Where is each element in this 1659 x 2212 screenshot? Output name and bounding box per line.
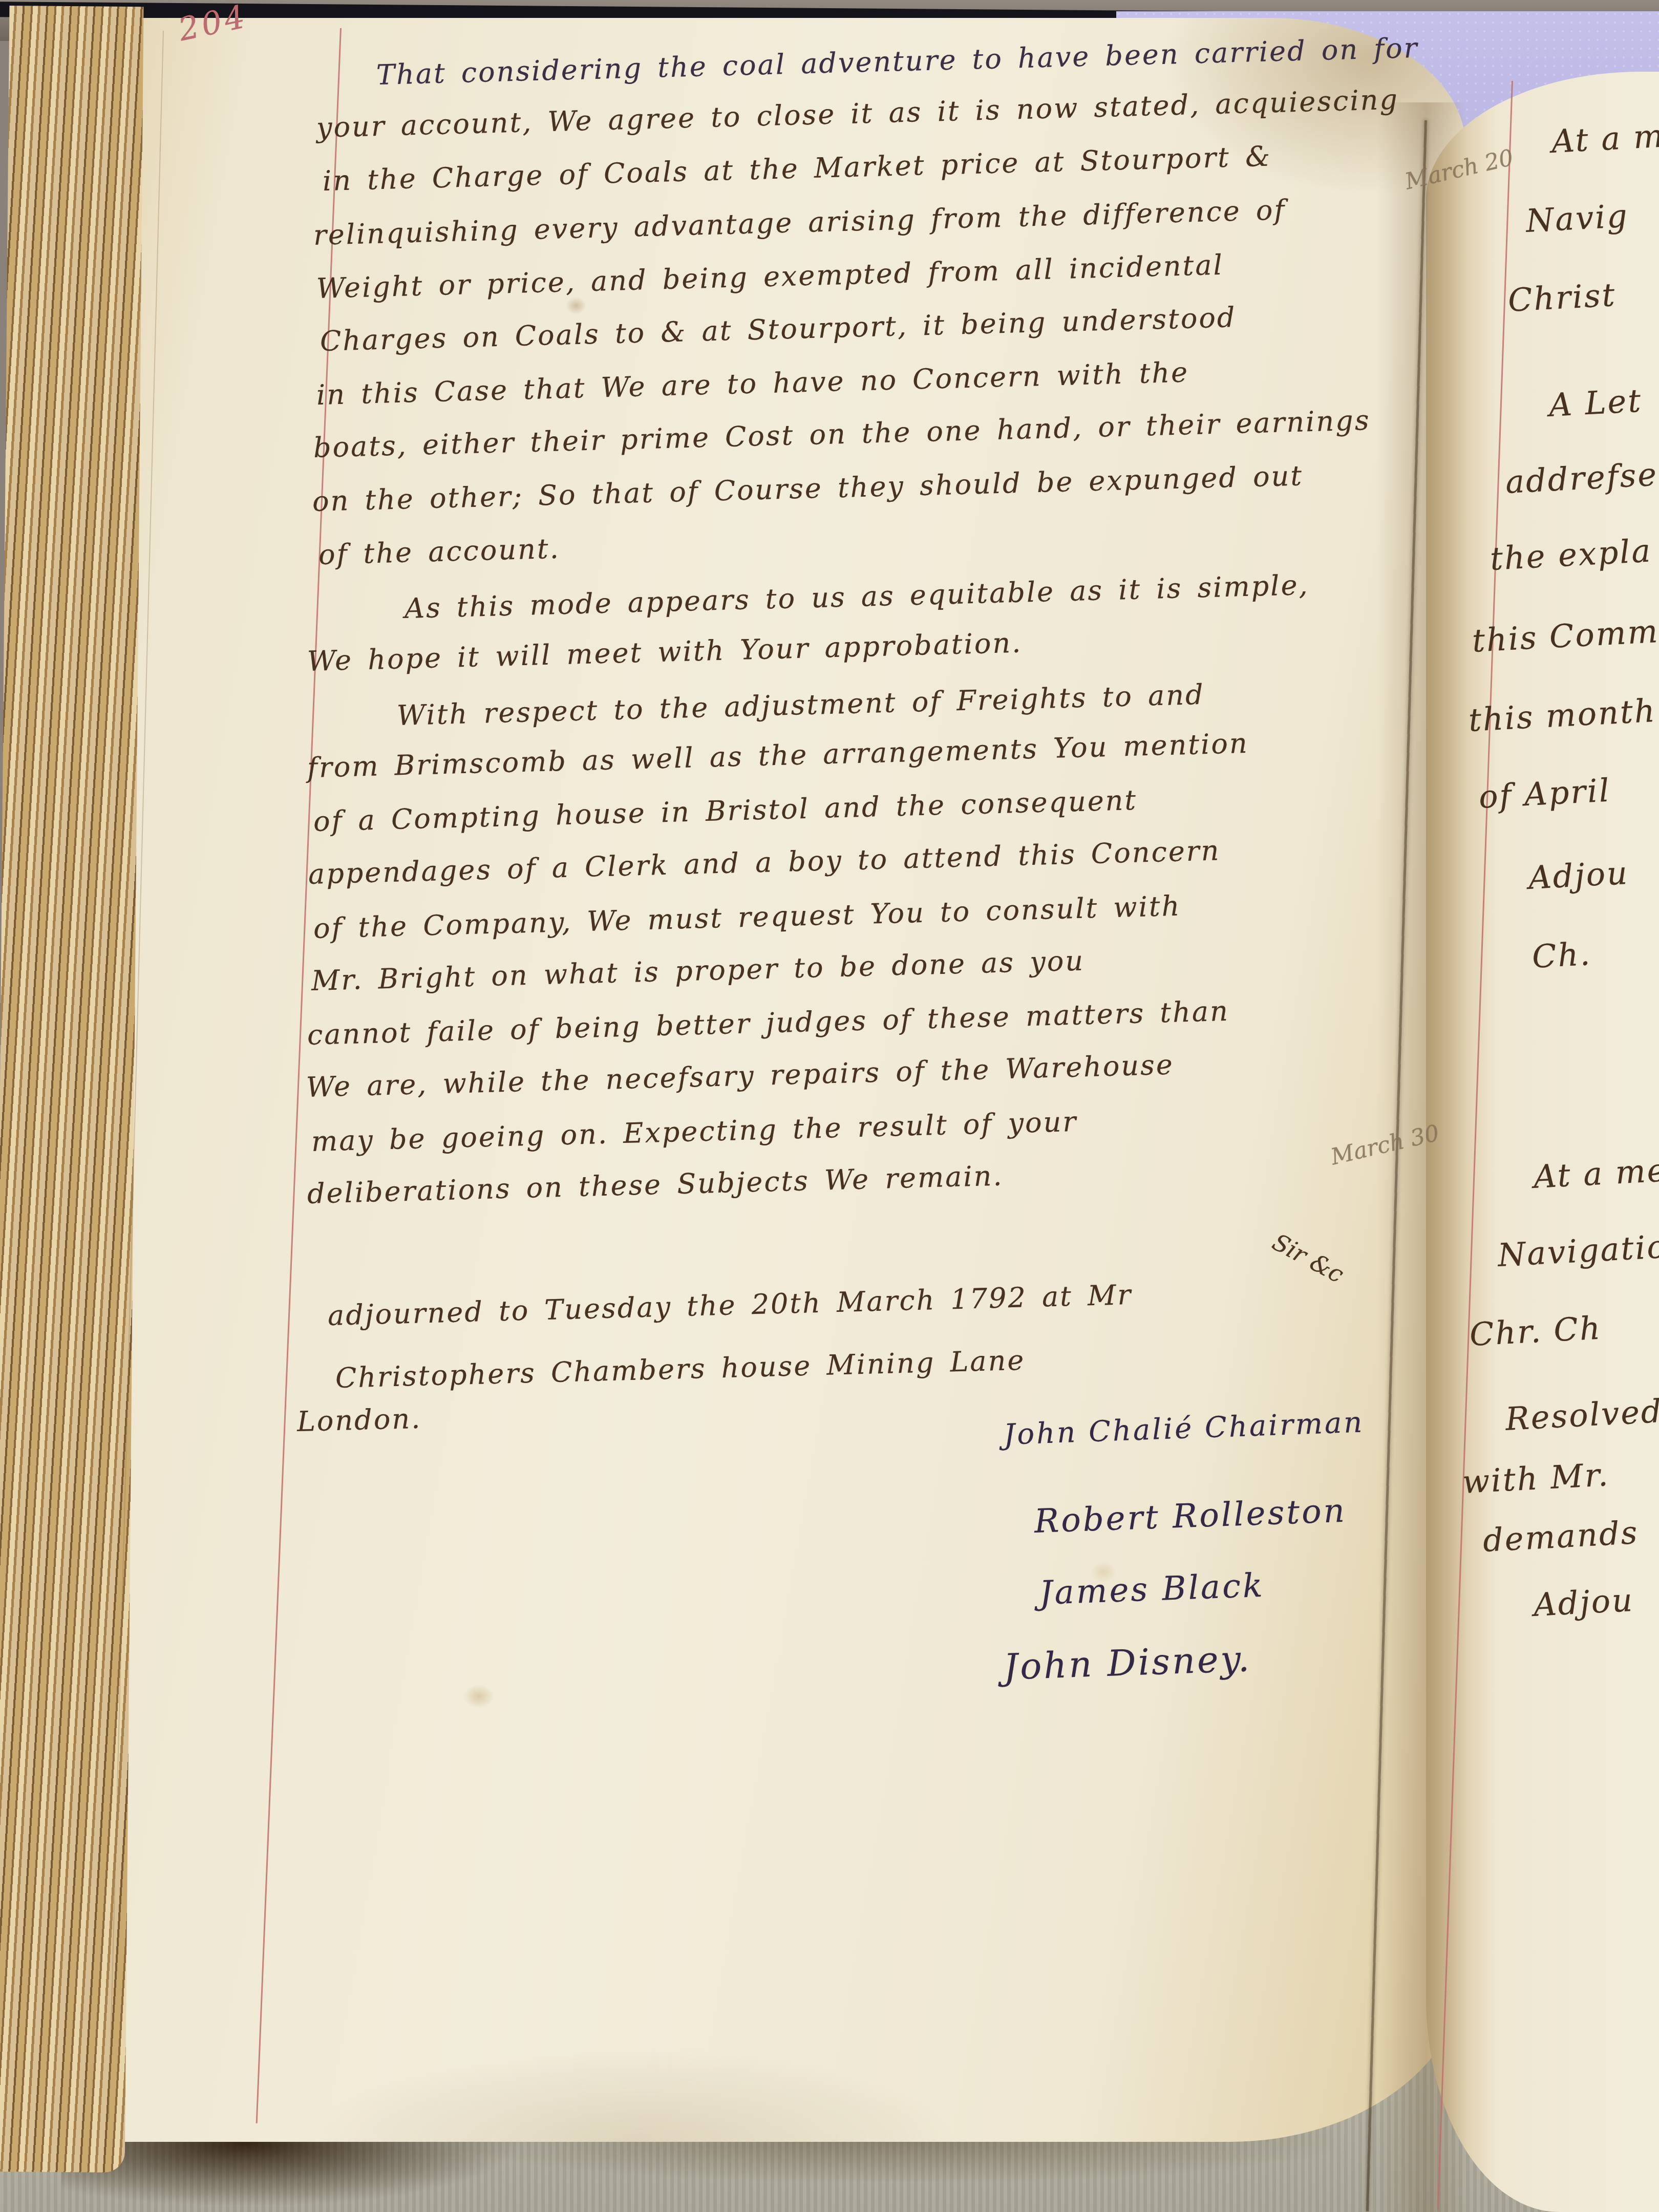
manuscript-line-fragment: Adjou — [1527, 854, 1630, 897]
margin-date-note: March 30 — [1328, 1120, 1441, 1170]
manuscript-line-fragment: Chr. Ch — [1469, 1309, 1602, 1353]
manuscript-line-fragment: with Mr. — [1461, 1456, 1610, 1501]
manuscript-line-fragment: addrefse — [1504, 455, 1659, 501]
manuscript-line-fragment: Resolved — [1504, 1392, 1659, 1438]
manuscript-line-fragment: demands — [1482, 1514, 1640, 1559]
right-page-text: March 20 March 30 At a m Navig Christ A … — [0, 0, 1659, 2212]
manuscript-line-fragment: of April — [1478, 772, 1611, 816]
manuscript-line-fragment: the expla — [1489, 531, 1653, 577]
margin-date-note: March 20 — [1402, 144, 1516, 195]
manuscript-line-fragment: Adjou — [1533, 1581, 1635, 1624]
manuscript-line-fragment: Navig — [1525, 197, 1629, 240]
manuscript-line-fragment: Ch. — [1531, 935, 1592, 975]
manuscript-line-fragment: Navigatio — [1497, 1228, 1659, 1274]
manuscript-line-fragment: Christ — [1507, 276, 1617, 319]
manuscript-line-fragment: A Let — [1548, 382, 1643, 424]
manuscript-line-fragment: At a mee — [1533, 1150, 1659, 1196]
photo-of-open-minute-book: 204 That considering the coal adventure … — [0, 0, 1659, 2212]
manuscript-line-fragment: this month — [1467, 692, 1657, 739]
manuscript-line-fragment: At a m — [1550, 117, 1659, 160]
manuscript-line-fragment: this Comm — [1471, 612, 1659, 660]
